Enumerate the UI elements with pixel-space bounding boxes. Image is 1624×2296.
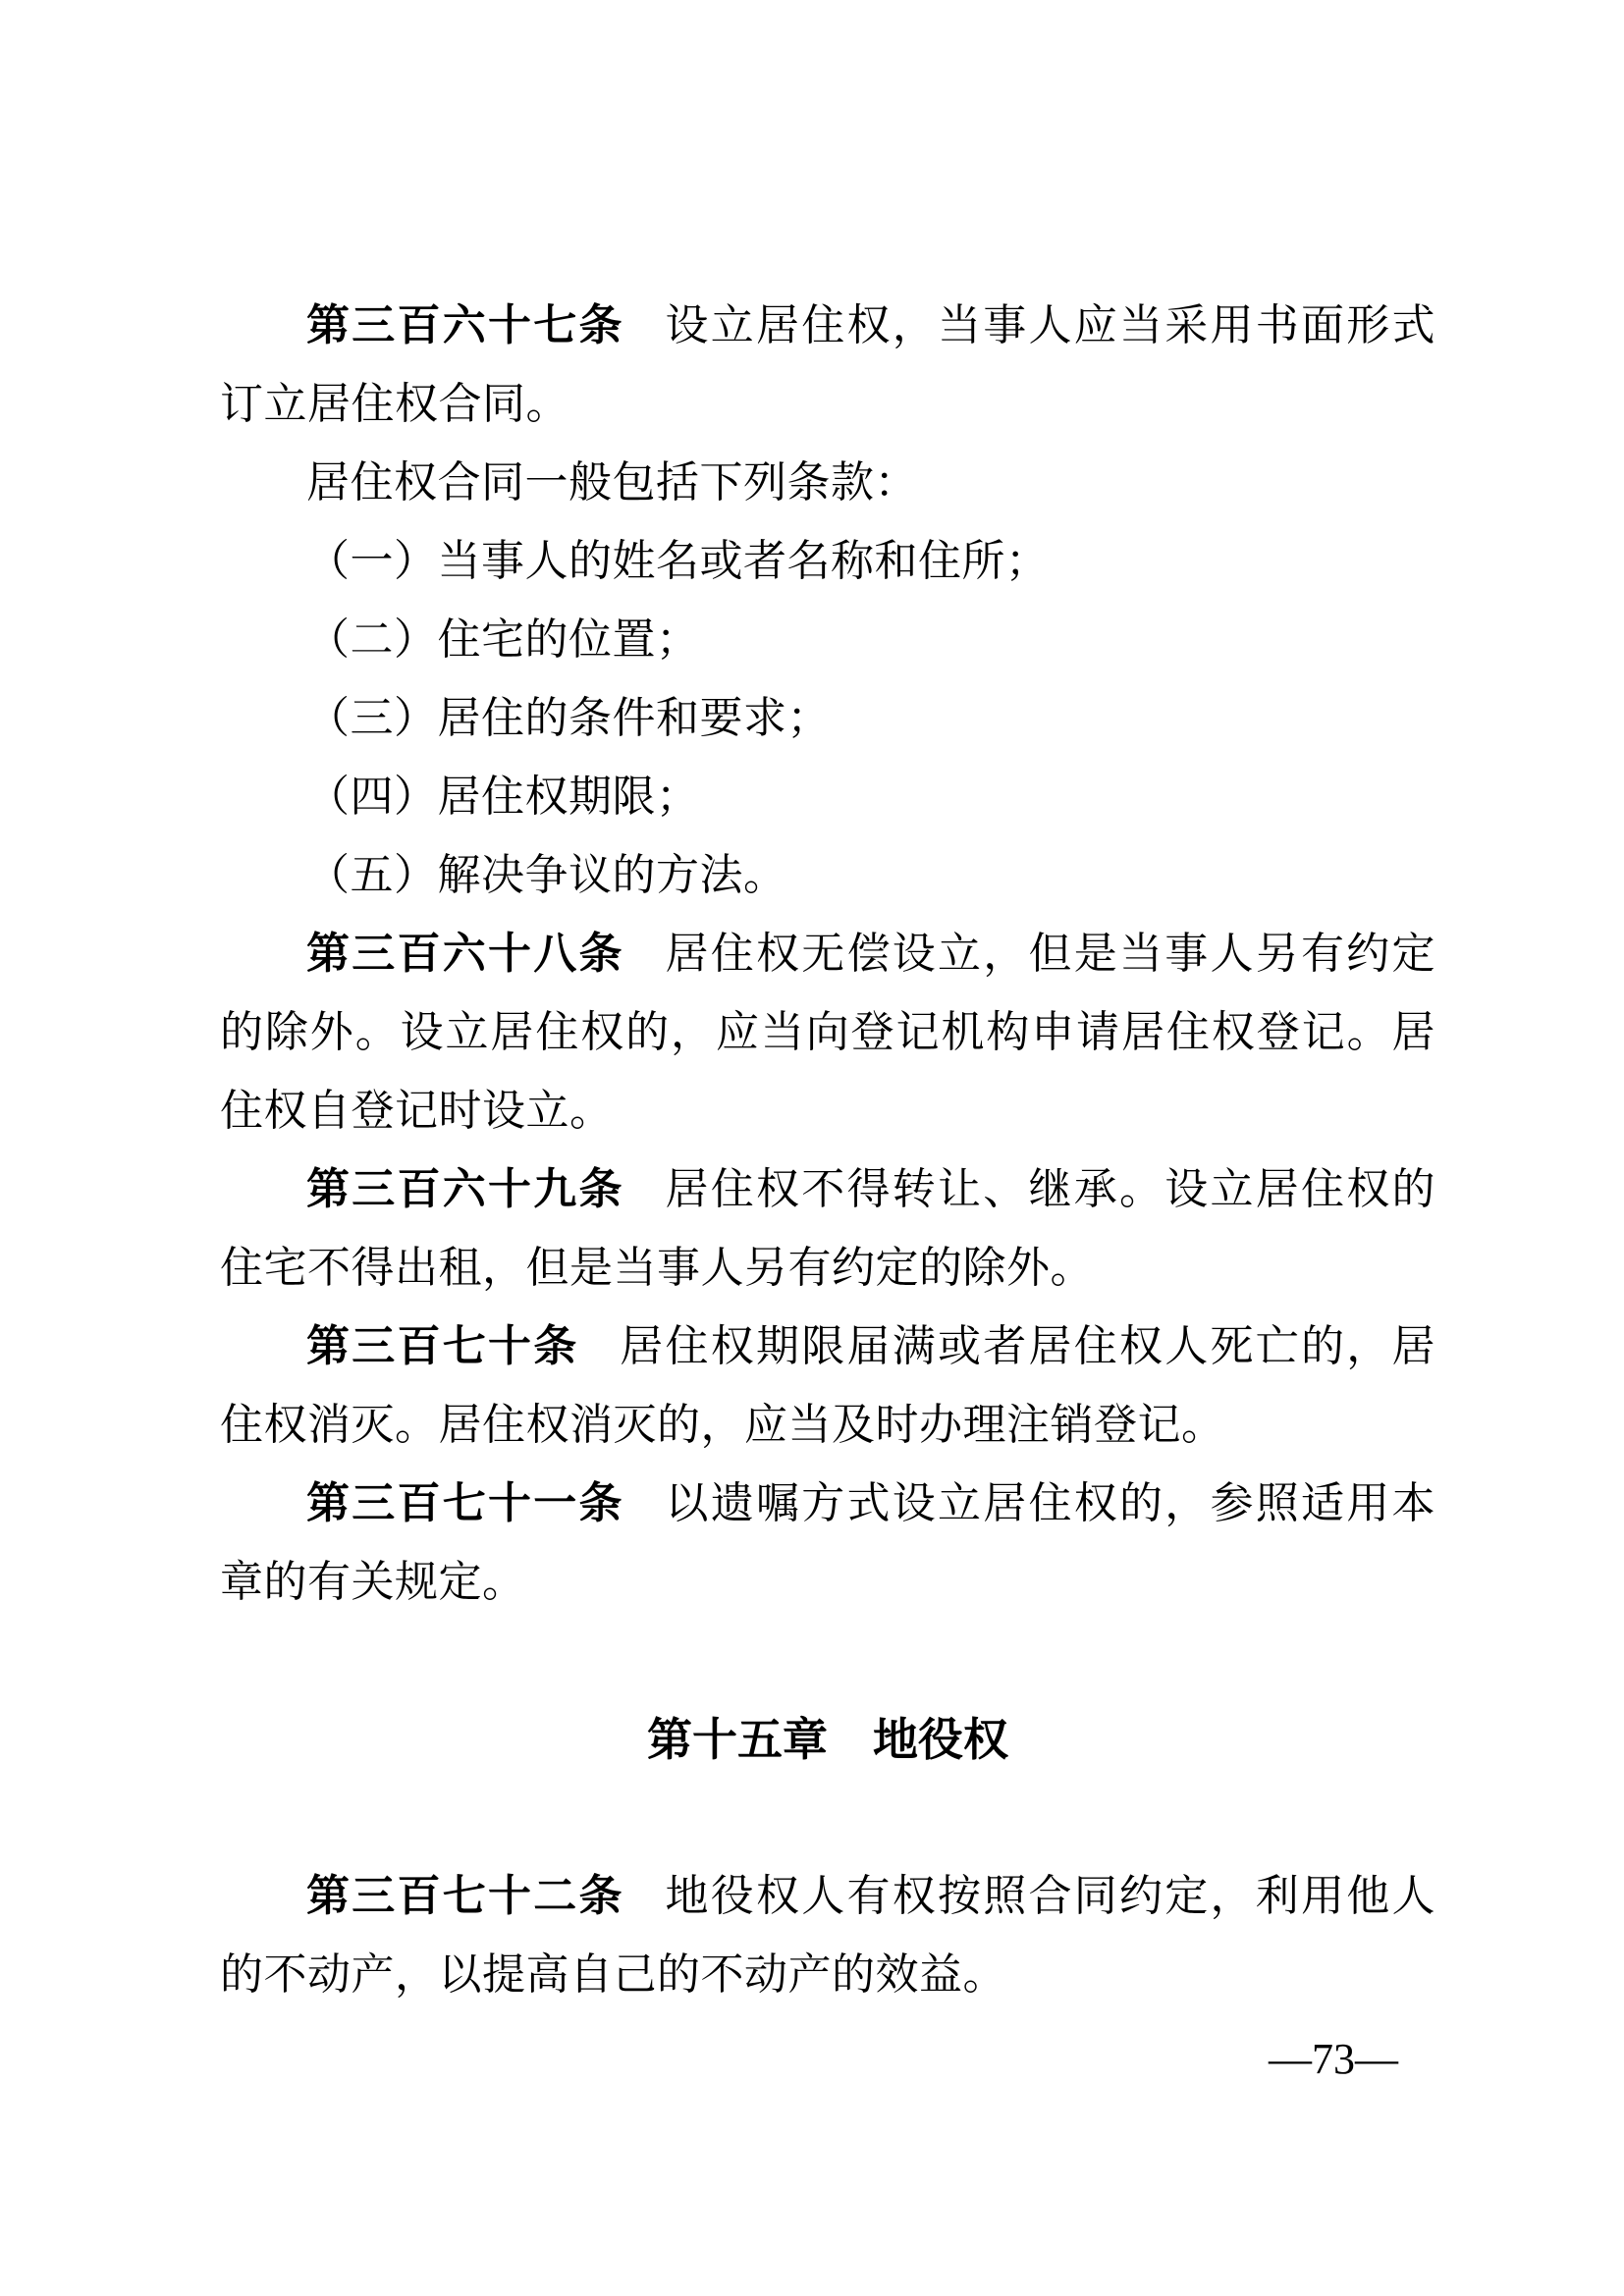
article-371-paragraph: 第三百七十一条以遗嘱方式设立居住权的，参照适用本章的有关规定。 xyxy=(220,1465,1435,1622)
clause-item-2: （二）住宅的位置； xyxy=(220,601,1435,679)
clause-item-4-text: （四）居住权期限； xyxy=(306,773,700,821)
article-370-paragraph: 第三百七十条居住权期限届满或者居住权人死亡的，居住权消灭。居住权消灭的，应当及时… xyxy=(220,1308,1435,1465)
clause-item-5-text: （五）解决争议的方法。 xyxy=(306,851,787,899)
clause-intro-text: 居住权合同一般包括下列条款： xyxy=(306,458,918,507)
clause-item-3: （三）居住的条件和要求； xyxy=(220,679,1435,758)
document-page: 第三百六十七条设立居住权，当事人应当采用书面形式订立居住权合同。 居住权合同一般… xyxy=(0,0,1624,2296)
page-number: —73— xyxy=(220,2032,1435,2087)
document-body: 第三百六十七条设立居住权，当事人应当采用书面形式订立居住权合同。 居住权合同一般… xyxy=(220,287,1435,2087)
clause-item-5: （五）解决争议的方法。 xyxy=(220,836,1435,915)
clause-item-1: （一）当事人的姓名或者名称和住所； xyxy=(220,522,1435,601)
article-372-paragraph: 第三百七十二条地役权人有权按照合同约定，利用他人的不动产，以提高自己的不动产的效… xyxy=(220,1857,1435,2014)
clause-item-2-text: （二）住宅的位置； xyxy=(306,615,700,664)
article-368-paragraph: 第三百六十八条居住权无偿设立，但是当事人另有约定的除外。设立居住权的，应当向登记… xyxy=(220,915,1435,1150)
article-367-paragraph: 第三百六十七条设立居住权，当事人应当采用书面形式订立居住权合同。 xyxy=(220,287,1435,444)
article-372-number: 第三百七十二条 xyxy=(306,1872,624,1920)
clause-item-4: （四）居住权期限； xyxy=(220,758,1435,836)
clause-item-3-text: （三）居住的条件和要求； xyxy=(306,694,831,742)
article-369-paragraph: 第三百六十九条居住权不得转让、继承。设立居住权的住宅不得出租，但是当事人另有约定… xyxy=(220,1150,1435,1308)
article-370-number: 第三百七十条 xyxy=(306,1322,579,1370)
article-367-number: 第三百六十七条 xyxy=(306,301,624,349)
chapter-heading: 第十五章 地役权 xyxy=(220,1700,1435,1779)
article-368-number: 第三百六十八条 xyxy=(306,930,624,978)
article-369-number: 第三百六十九条 xyxy=(306,1165,624,1213)
clause-intro-paragraph: 居住权合同一般包括下列条款： xyxy=(220,444,1435,522)
article-371-number: 第三百七十一条 xyxy=(306,1479,624,1527)
clause-item-1-text: （一）当事人的姓名或者名称和住所； xyxy=(306,537,1050,585)
